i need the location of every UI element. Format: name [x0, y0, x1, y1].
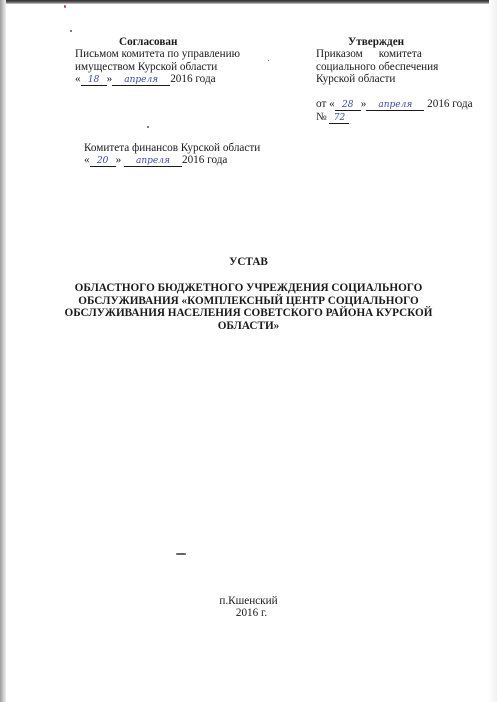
date-suffix: 2016 года: [170, 73, 215, 85]
handwritten-month: апреля: [124, 156, 182, 167]
order-number: № 72: [316, 111, 473, 124]
approval-word: Приказом: [316, 48, 363, 60]
approval-date: «18»апреля2016 года: [75, 73, 240, 86]
year-of-issue: 2016 г.: [0, 607, 497, 620]
date-prefix: от «: [316, 98, 335, 110]
handwritten-month: апреля: [366, 100, 424, 111]
document-page: Согласован Письмом комитета по управлени…: [0, 0, 497, 702]
scan-speck: [147, 126, 149, 128]
approval-heading: Утвержден: [316, 36, 473, 48]
scan-speck: [176, 553, 186, 555]
organization-line: ОБЛАСТНОГО БЮДЖЕТНОГО УЧРЕЖДЕНИЯ СОЦИАЛЬ…: [0, 282, 497, 295]
scan-speck: [268, 60, 269, 61]
handwritten-month: апреля: [112, 75, 170, 86]
approval-block-finance-committee: Комитета финансов Курской области «20» а…: [84, 142, 260, 167]
approval-block-social-committee: Утвержден Приказомкомитета социального о…: [316, 36, 473, 124]
document-title: УСТАВ: [0, 256, 497, 269]
approval-block-property-committee: Согласован Письмом комитета по управлени…: [75, 36, 240, 86]
approval-word: комитета: [379, 48, 422, 60]
approval-line: Приказомкомитета: [316, 48, 473, 60]
approval-line: социального обеспечения: [316, 61, 473, 73]
approval-line: имуществом Курской области: [75, 61, 240, 73]
organization-line: ОБЛАСТИ»: [0, 320, 497, 333]
organization-line: ОБСЛУЖИВАНИЯ НАСЕЛЕНИЯ СОВЕТСКОГО РАЙОНА…: [0, 307, 497, 320]
organization-line: ОБСЛУЖИВАНИЯ «КОМПЛЕКСНЫЙ ЦЕНТР СОЦИАЛЬН…: [0, 295, 497, 308]
organization-name: ОБЛАСТНОГО БЮДЖЕТНОГО УЧРЕЖДЕНИЯ СОЦИАЛЬ…: [0, 282, 497, 332]
scan-speck: [64, 5, 66, 8]
handwritten-day: 20: [90, 156, 116, 167]
approval-date: от «28»апреля 2016 года: [316, 98, 473, 111]
approval-line: Письмом комитета по управлению: [75, 48, 240, 60]
date-suffix: 2016 года: [427, 98, 472, 110]
place-of-issue: п.Кшенский: [0, 595, 497, 608]
handwritten-number: 72: [329, 113, 349, 124]
approval-line: Комитета финансов Курской области: [84, 142, 260, 154]
number-prefix: №: [316, 111, 327, 123]
date-suffix: 2016 года: [182, 154, 227, 166]
approval-date: «20» апреля2016 года: [84, 154, 260, 167]
scan-speck: [70, 30, 72, 32]
approval-heading: Согласован: [75, 36, 240, 48]
close-quote: »: [116, 154, 122, 166]
handwritten-day: 28: [335, 100, 361, 111]
approval-line: Курской области: [316, 73, 473, 85]
handwritten-day: 18: [81, 75, 107, 86]
